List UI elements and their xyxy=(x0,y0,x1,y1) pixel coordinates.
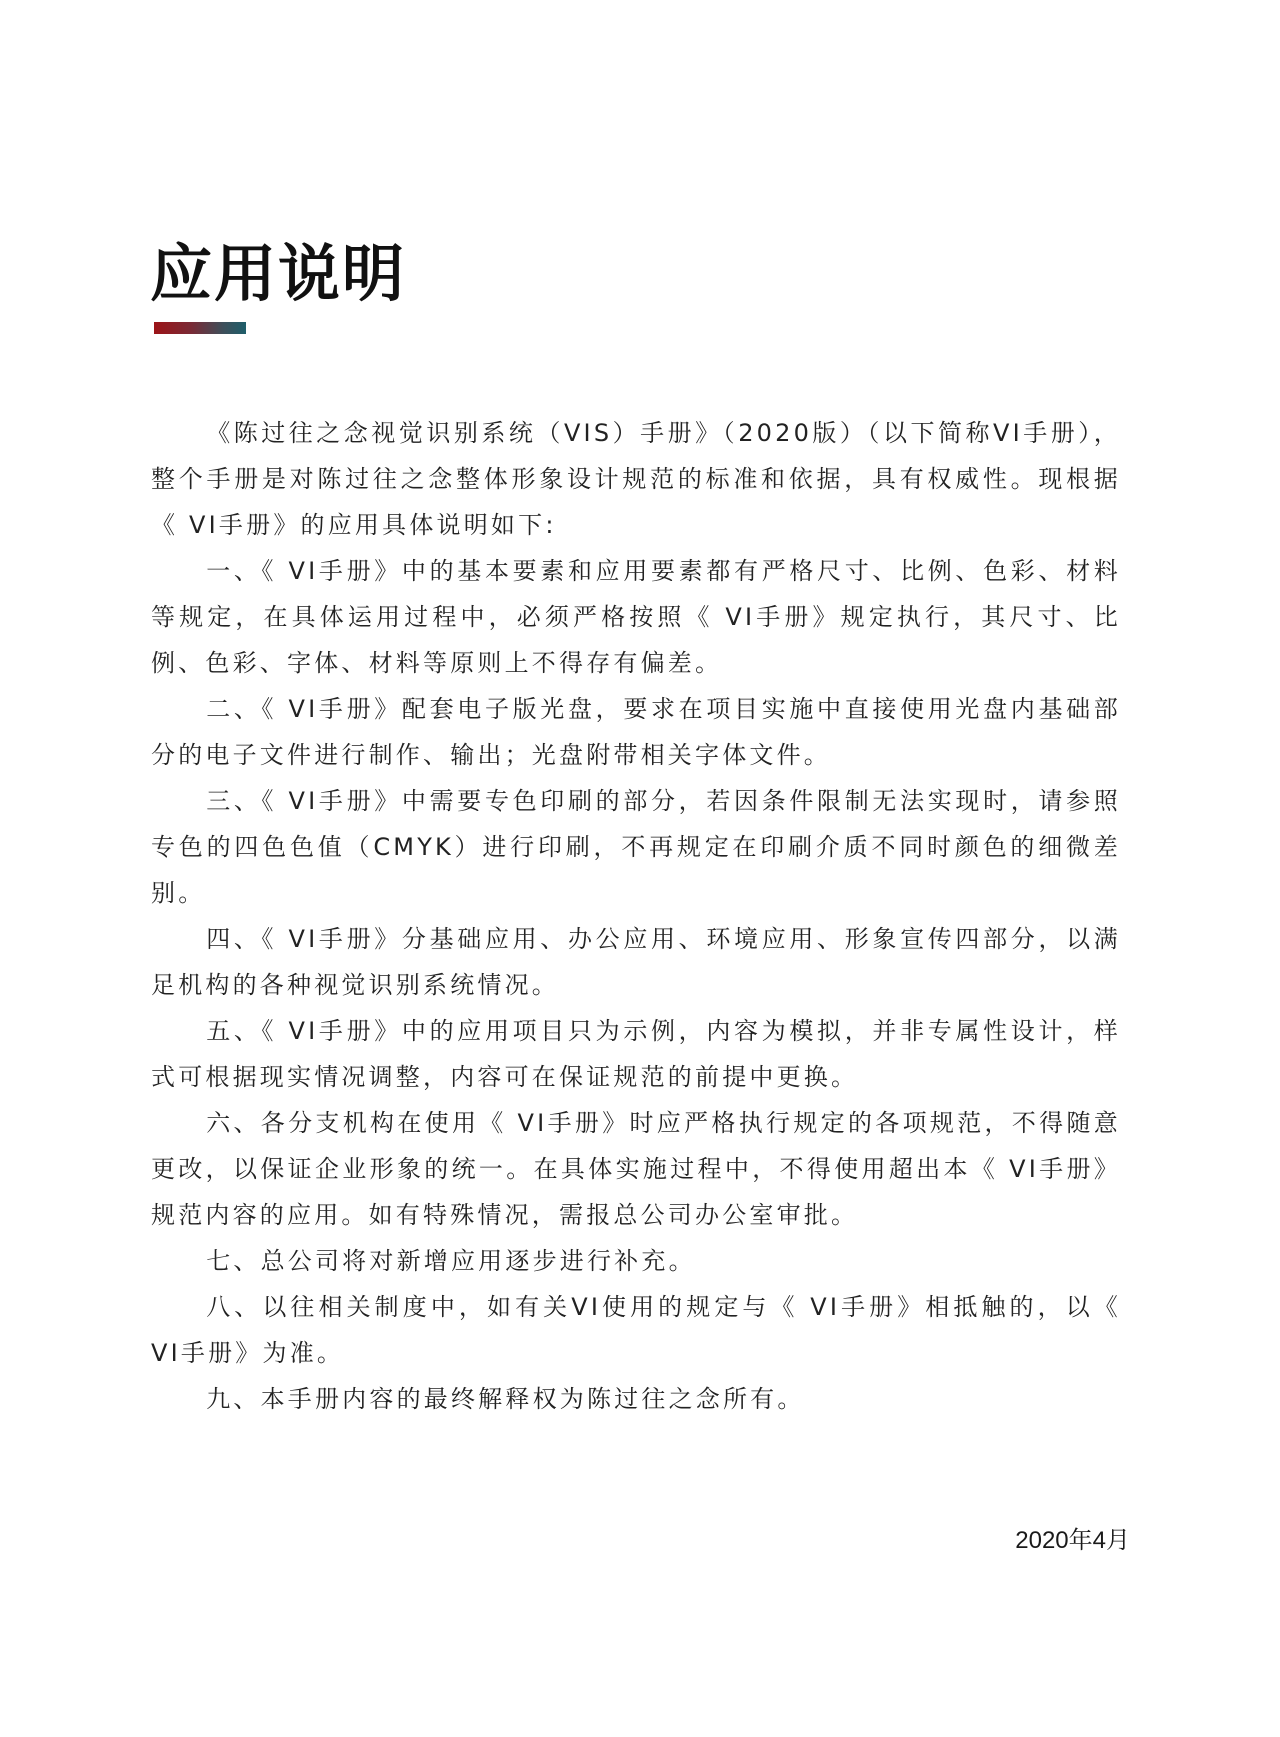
rule-paragraph-7: 七、总公司将对新增应用逐步进行补充。 xyxy=(151,1238,1121,1284)
intro-paragraph: 《陈过往之念视觉识别系统（VIS）手册》（2020版）（以下简称VI手册），整个… xyxy=(151,410,1121,548)
rule-paragraph-2: 二、《 VI手册》配套电子版光盘，要求在项目实施中直接使用光盘内基础部分的电子文… xyxy=(151,686,1121,778)
document-page: 应用说明 《陈过往之念视觉识别系统（VIS）手册》（2020版）（以下简称VI手… xyxy=(0,0,1280,1737)
rule-paragraph-8: 八、以往相关制度中，如有关VI使用的规定与《 VI手册》相抵触的，以《 VI手册… xyxy=(151,1284,1121,1376)
rule-paragraph-9: 九、本手册内容的最终解释权为陈过往之念所有。 xyxy=(151,1376,1121,1422)
page-title: 应用说明 xyxy=(150,238,406,310)
rule-paragraph-5: 五、《 VI手册》中的应用项目只为示例，内容为模拟，并非专属性设计，样式可根据现… xyxy=(151,1008,1121,1100)
title-gradient-rule xyxy=(154,322,246,334)
rule-paragraph-6: 六、各分支机构在使用《 VI手册》时应严格执行规定的各项规范，不得随意更改，以保… xyxy=(151,1100,1121,1238)
rule-paragraph-4: 四、《 VI手册》分基础应用、办公应用、环境应用、形象宣传四部分，以满足机构的各… xyxy=(151,916,1121,1008)
document-date: 2020年4月 xyxy=(1000,1526,1130,1556)
body-text: 《陈过往之念视觉识别系统（VIS）手册》（2020版）（以下简称VI手册），整个… xyxy=(151,410,1121,1422)
rule-paragraph-3: 三、《 VI手册》中需要专色印刷的部分，若因条件限制无法实现时，请参照专色的四色… xyxy=(151,778,1121,916)
rule-paragraph-1: 一、《 VI手册》中的基本要素和应用要素都有严格尺寸、比例、色彩、材料等规定，在… xyxy=(151,548,1121,686)
